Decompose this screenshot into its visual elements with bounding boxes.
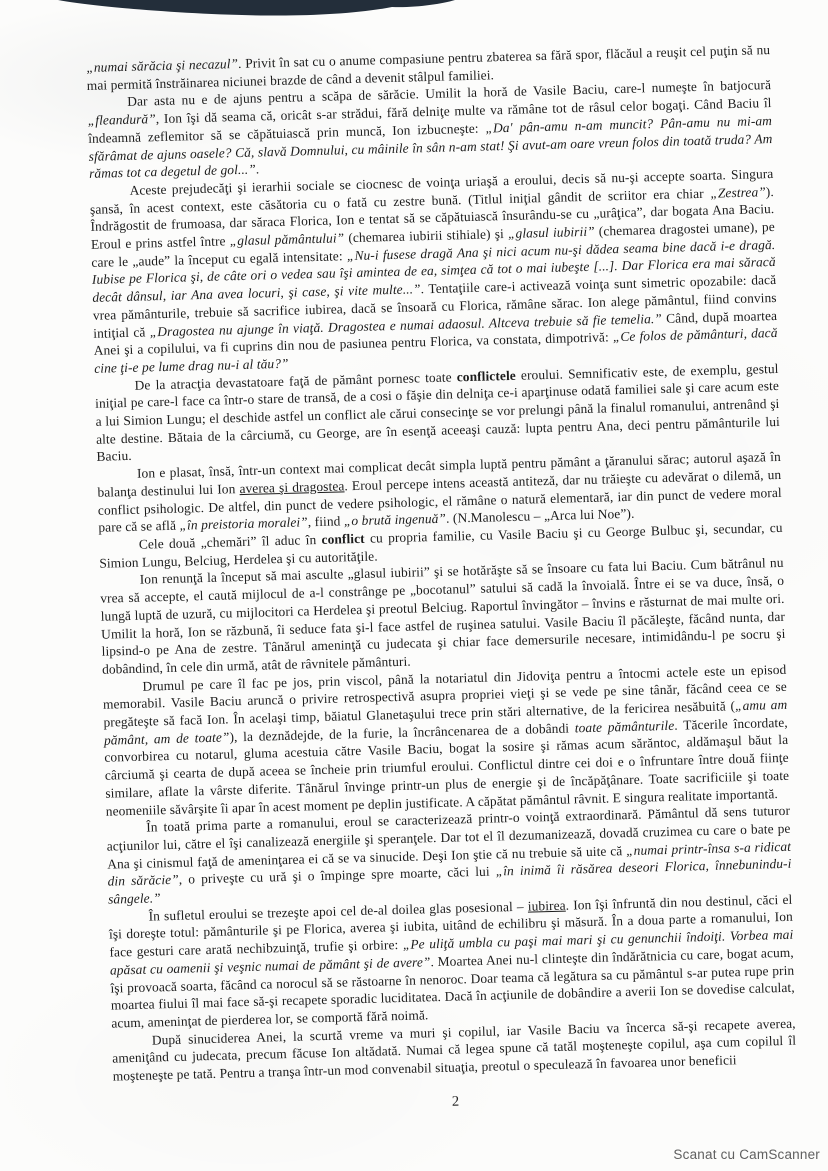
- text-run: toate pământurile: [575, 718, 675, 736]
- text-run: conflictele: [457, 367, 516, 384]
- text-run: „glasul iubirii”: [508, 224, 595, 241]
- text-run: „numai sărăcia şi necazul”: [86, 56, 238, 75]
- text-run: Cele două „chemări” îl aduc în: [139, 532, 322, 552]
- document-text: „numai sărăcia şi necazul”. Privit în sa…: [86, 41, 798, 1120]
- paragraph: În sufletul eroului se trezeşte apoi cel…: [108, 891, 795, 1033]
- text-run: conflict: [321, 531, 365, 547]
- camscanner-watermark: Scanat cu CamScanner: [673, 1147, 820, 1162]
- text-run: , fiind: [308, 514, 345, 530]
- text-run: averea şi dragostea: [239, 478, 344, 496]
- text-run: „fleandură”: [88, 111, 156, 128]
- text-run: iubirea: [528, 897, 566, 913]
- text-run: „în preistoria moralei”: [179, 515, 308, 533]
- text-run: Ion renunţă la început să mai asculte „g…: [100, 555, 786, 676]
- page-number: 2: [113, 1084, 797, 1120]
- paragraph: Ion renunţă la început să mai asculte „g…: [100, 554, 787, 678]
- scanned-document-page: „numai sărăcia şi necazul”. Privit în sa…: [0, 0, 828, 1171]
- scan-dark-edge-artifact: [0, 0, 828, 24]
- paragraph: Aceste prejudecăţi şi ierarhii sociale s…: [89, 165, 778, 378]
- text-run: „o brută ingenuă”: [344, 511, 447, 529]
- text-run: (chemarea iubirii stihiale) şi: [344, 226, 508, 245]
- paragraph: Drumul pe care îl fac pe jos, prin visco…: [102, 660, 789, 819]
- text-run: „Zestrea”: [710, 184, 766, 200]
- text-run: „glasul pământului”: [230, 230, 345, 248]
- text-run: .: [256, 162, 260, 177]
